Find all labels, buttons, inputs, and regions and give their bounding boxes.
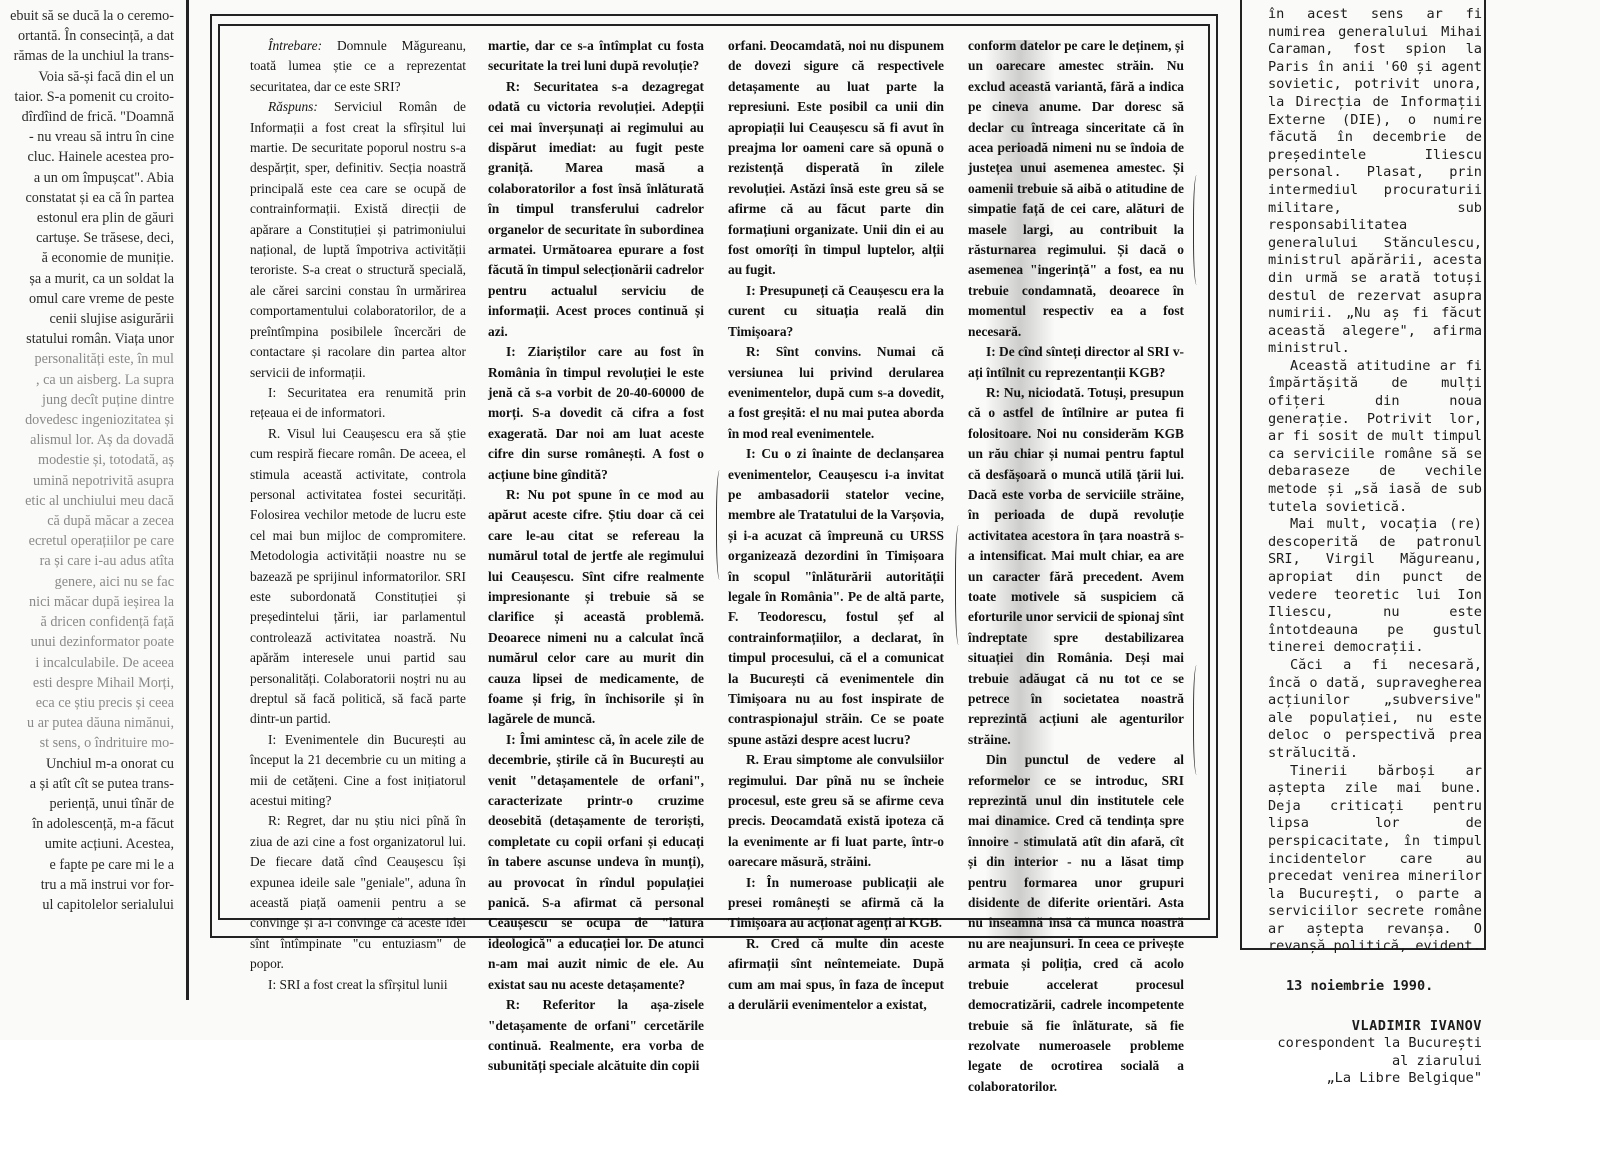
- text-line: că după măcar a zecea: [0, 511, 180, 531]
- interview-paragraph: R: Securitatea s-a dezagregat odată cu v…: [488, 77, 704, 342]
- text-line: ă economie de muniție.: [0, 248, 180, 268]
- interview-paragraph: R: Nu pot spune în ce mod au apărut aces…: [488, 485, 704, 730]
- text-line: ul capitolelor serialului: [0, 895, 180, 915]
- text-line: taior. S-a pomenit cu croito-: [0, 87, 180, 107]
- author-name: VLADIMIR IVANOV: [1268, 1018, 1482, 1036]
- interview-paragraph: Din punctul de vedere al reformelor ce s…: [968, 750, 1184, 1097]
- interview-column-2: martie, dar ce s-a întîmplat cu fosta se…: [488, 36, 704, 1077]
- interview-paragraph: Răspuns: Serviciul Român de Informații a…: [250, 97, 466, 383]
- interview-paragraph: martie, dar ce s-a întîmplat cu fosta se…: [488, 36, 704, 77]
- author-role: al ziarului: [1268, 1053, 1482, 1071]
- left-article-column: ebuit să se ducă la o ceremo-ortantă. În…: [0, 6, 180, 916]
- text-line: unui dezinformator poate: [0, 632, 180, 652]
- paragraph-text: R: Securitatea s-a dezagregat odată cu v…: [488, 79, 704, 339]
- handwritten-margin-mark: [1193, 665, 1202, 775]
- paragraph-text: R: Referitor la așa-zisele "detașamente …: [488, 997, 704, 1073]
- interview-paragraph: R. Visul lui Ceaușescu era să știe cum r…: [250, 424, 466, 730]
- article-date: 13 noiembrie 1990.: [1268, 978, 1482, 996]
- text-line: cartușe. Se trăsese, deci,: [0, 228, 180, 248]
- text-line: jung decît puține dintre: [0, 390, 180, 410]
- author-role: corespondent la București: [1268, 1035, 1482, 1053]
- paragraph-text: I: În numeroase publicații ale presei ro…: [728, 875, 944, 931]
- interview-paragraph: Întrebare: Domnule Măgureanu, toată lume…: [250, 36, 466, 97]
- speaker-label: Răspuns:: [268, 99, 318, 114]
- interview-paragraph: conform datelor pe care le deținem, și u…: [968, 36, 1184, 342]
- interview-column-1: Întrebare: Domnule Măgureanu, toată lume…: [250, 36, 466, 995]
- paragraph-text: R. Cred că multe din aceste afirmații sî…: [728, 936, 944, 1012]
- paragraph-text: I: Ziariștilor care au fost în România î…: [488, 344, 704, 481]
- paragraph-text: I: Presupuneți că Ceaușescu era la curen…: [728, 283, 944, 339]
- text-line: ăzi.: [0, 915, 180, 916]
- paragraph-text: R: Nu pot spune în ce mod au apărut aces…: [488, 487, 704, 726]
- paragraph-text: R. Erau simptome ale convulsiilor regimu…: [728, 752, 944, 869]
- article-paragraph: în acest sens ar fi numirea generalului …: [1268, 6, 1482, 358]
- text-line: constatat și ea că în partea: [0, 188, 180, 208]
- paragraph-text: orfani. Deocamdată, noi nu dispunem de d…: [728, 38, 944, 277]
- text-line: modestie și, totodată, aș: [0, 450, 180, 470]
- text-line: cenii slujise asigurării: [0, 309, 180, 329]
- paragraph-text: I: Evenimentele din București au început…: [250, 732, 466, 808]
- paragraph-text: I: Cu o zi înainte de declanșarea evenim…: [728, 446, 944, 747]
- text-line: ortantă. În consecință, a dat: [0, 26, 180, 46]
- interview-paragraph: I: În numeroase publicații ale presei ro…: [728, 873, 944, 934]
- text-line: umite acțiuni. Acestea,: [0, 834, 180, 854]
- text-line: alismul lor. Aș da dovadă: [0, 430, 180, 450]
- interview-paragraph: R: Referitor la așa-zisele "detașamente …: [488, 995, 704, 1077]
- handwritten-margin-mark: [716, 470, 725, 580]
- speaker-label: Întrebare:: [268, 38, 322, 53]
- text-line: Voia să-și facă din el un: [0, 67, 180, 87]
- paragraph-text: I: SRI a fost creat la sfîrșitul lunii: [268, 977, 448, 992]
- text-line: a un om împușcat". Abia: [0, 168, 180, 188]
- paragraph-text: conform datelor pe care le deținem, și u…: [968, 38, 1184, 339]
- paragraph-text: I: Îmi amintesc că, în acele zile de dec…: [488, 732, 704, 992]
- text-line: i incalculabile. De aceea: [0, 653, 180, 673]
- paragraph-text: I: Securitatea era renumită prin rețeaua…: [250, 385, 466, 420]
- text-line: genere, aici nu se fac: [0, 572, 180, 592]
- text-line: - nu vreau să intru în cine: [0, 127, 180, 147]
- text-line: în adolescență, m-a făcut: [0, 814, 180, 834]
- interview-paragraph: R. Erau simptome ale convulsiilor regimu…: [728, 750, 944, 872]
- interview-paragraph: I: SRI a fost creat la sfîrșitul lunii: [250, 975, 466, 995]
- text-line: ebuit să se ducă la o ceremo-: [0, 6, 180, 26]
- text-line: a și atît cît se putea trans-: [0, 774, 180, 794]
- text-line: ă dricen confidență față: [0, 612, 180, 632]
- interview-paragraph: I: Ziariștilor care au fost în România î…: [488, 342, 704, 485]
- text-line: dîrdîind de frică. "Doamnă: [0, 107, 180, 127]
- text-line: ra și care i-au adus atîta: [0, 551, 180, 571]
- paragraph-text: martie, dar ce s-a întîmplat cu fosta se…: [488, 38, 704, 73]
- author-publication: „La Libre Belgique": [1268, 1070, 1482, 1088]
- paragraph-text: I: De cînd sînteți director al SRI v-ați…: [968, 344, 1184, 379]
- paragraph-text: R. Visul lui Ceaușescu era să știe cum r…: [250, 426, 466, 727]
- paragraph-text: R: Nu, niciodată. Totuși, presupun că o …: [968, 385, 1184, 747]
- text-line: Unchiul m-a onorat cu: [0, 754, 180, 774]
- text-line: cluc. Hainele acestea pro-: [0, 147, 180, 167]
- interview-paragraph: I: Evenimentele din București au început…: [250, 730, 466, 812]
- text-line: personalități este, în mul: [0, 349, 180, 369]
- interview-paragraph: R: Nu, niciodată. Totuși, presupun că o …: [968, 383, 1184, 750]
- interview-paragraph: I: De cînd sînteți director al SRI v-ați…: [968, 342, 1184, 383]
- paragraph-text: R: Regret, dar nu știu nici pînă în ziua…: [250, 813, 466, 971]
- text-line: estonul era plin de găuri: [0, 208, 180, 228]
- interview-paragraph: orfani. Deocamdată, noi nu dispunem de d…: [728, 36, 944, 281]
- interview-paragraph: I: Presupuneți că Ceaușescu era la curen…: [728, 281, 944, 342]
- interview-paragraph: R: Sînt convins. Numai că versiunea lui …: [728, 342, 944, 444]
- left-column-rule: [186, 0, 189, 1000]
- paragraph-text: Din punctul de vedere al reformelor ce s…: [968, 752, 1184, 1094]
- interview-paragraph: R: Regret, dar nu știu nici pînă în ziua…: [250, 811, 466, 974]
- article-paragraph: Căci a fi necesară, încă o dată, suprave…: [1268, 657, 1482, 763]
- text-line: dovedesc ingeniozitatea și: [0, 410, 180, 430]
- text-line: ecretul operațiilor pe care: [0, 531, 180, 551]
- text-line: umină nepotrivită asupra: [0, 471, 180, 491]
- interview-paragraph: I: Cu o zi înainte de declanșarea evenim…: [728, 444, 944, 750]
- interview-column-3: orfani. Deocamdată, noi nu dispunem de d…: [728, 36, 944, 1016]
- article-paragraph: Tinerii bărboși ar aștepta zile mai bune…: [1268, 763, 1482, 957]
- right-article-column: în acest sens ar fi numirea generalului …: [1268, 6, 1482, 1088]
- handwritten-margin-mark: [1193, 175, 1202, 285]
- text-line: e fapte pe care mi le a: [0, 855, 180, 875]
- paragraph-text: R: Sînt convins. Numai că versiunea lui …: [728, 344, 944, 441]
- text-line: nici măcar după ieșirea la: [0, 592, 180, 612]
- interview-paragraph: R. Cred că multe din aceste afirmații sî…: [728, 934, 944, 1016]
- text-line: rămas de la unchiul la trans-: [0, 46, 180, 66]
- text-line: st sens, o îndrituire mo-: [0, 733, 180, 753]
- text-line: u ar putea dăuna nimănui,: [0, 713, 180, 733]
- text-line: periență, unui tînăr de: [0, 794, 180, 814]
- text-line: șa a murit, ca un soldat la: [0, 269, 180, 289]
- text-line: tru a mă instrui vor for-: [0, 875, 180, 895]
- article-paragraph: Mai mult, vocația (re) descoperită de pa…: [1268, 516, 1482, 657]
- text-line: , ca un aisberg. La supra: [0, 370, 180, 390]
- text-line: omul care vreme de peste: [0, 289, 180, 309]
- paragraph-text: Serviciul Român de Informații a fost cre…: [250, 99, 466, 379]
- text-line: eca ce știu precis și ceea: [0, 693, 180, 713]
- interview-paragraph: I: Securitatea era renumită prin rețeaua…: [250, 383, 466, 424]
- handwritten-margin-mark: [955, 525, 964, 645]
- text-line: statului român. Viața unor: [0, 329, 180, 349]
- text-line: esti despre Mihail Morți,: [0, 673, 180, 693]
- author-block: VLADIMIR IVANOVcorespondent la București…: [1268, 1018, 1482, 1088]
- article-paragraph: Această atitudine ar fi împărtășită de m…: [1268, 358, 1482, 516]
- interview-paragraph: I: Îmi amintesc că, în acele zile de dec…: [488, 730, 704, 995]
- interview-column-4: conform datelor pe care le deținem, și u…: [968, 36, 1184, 1097]
- text-line: etic al unchiului meu dacă: [0, 491, 180, 511]
